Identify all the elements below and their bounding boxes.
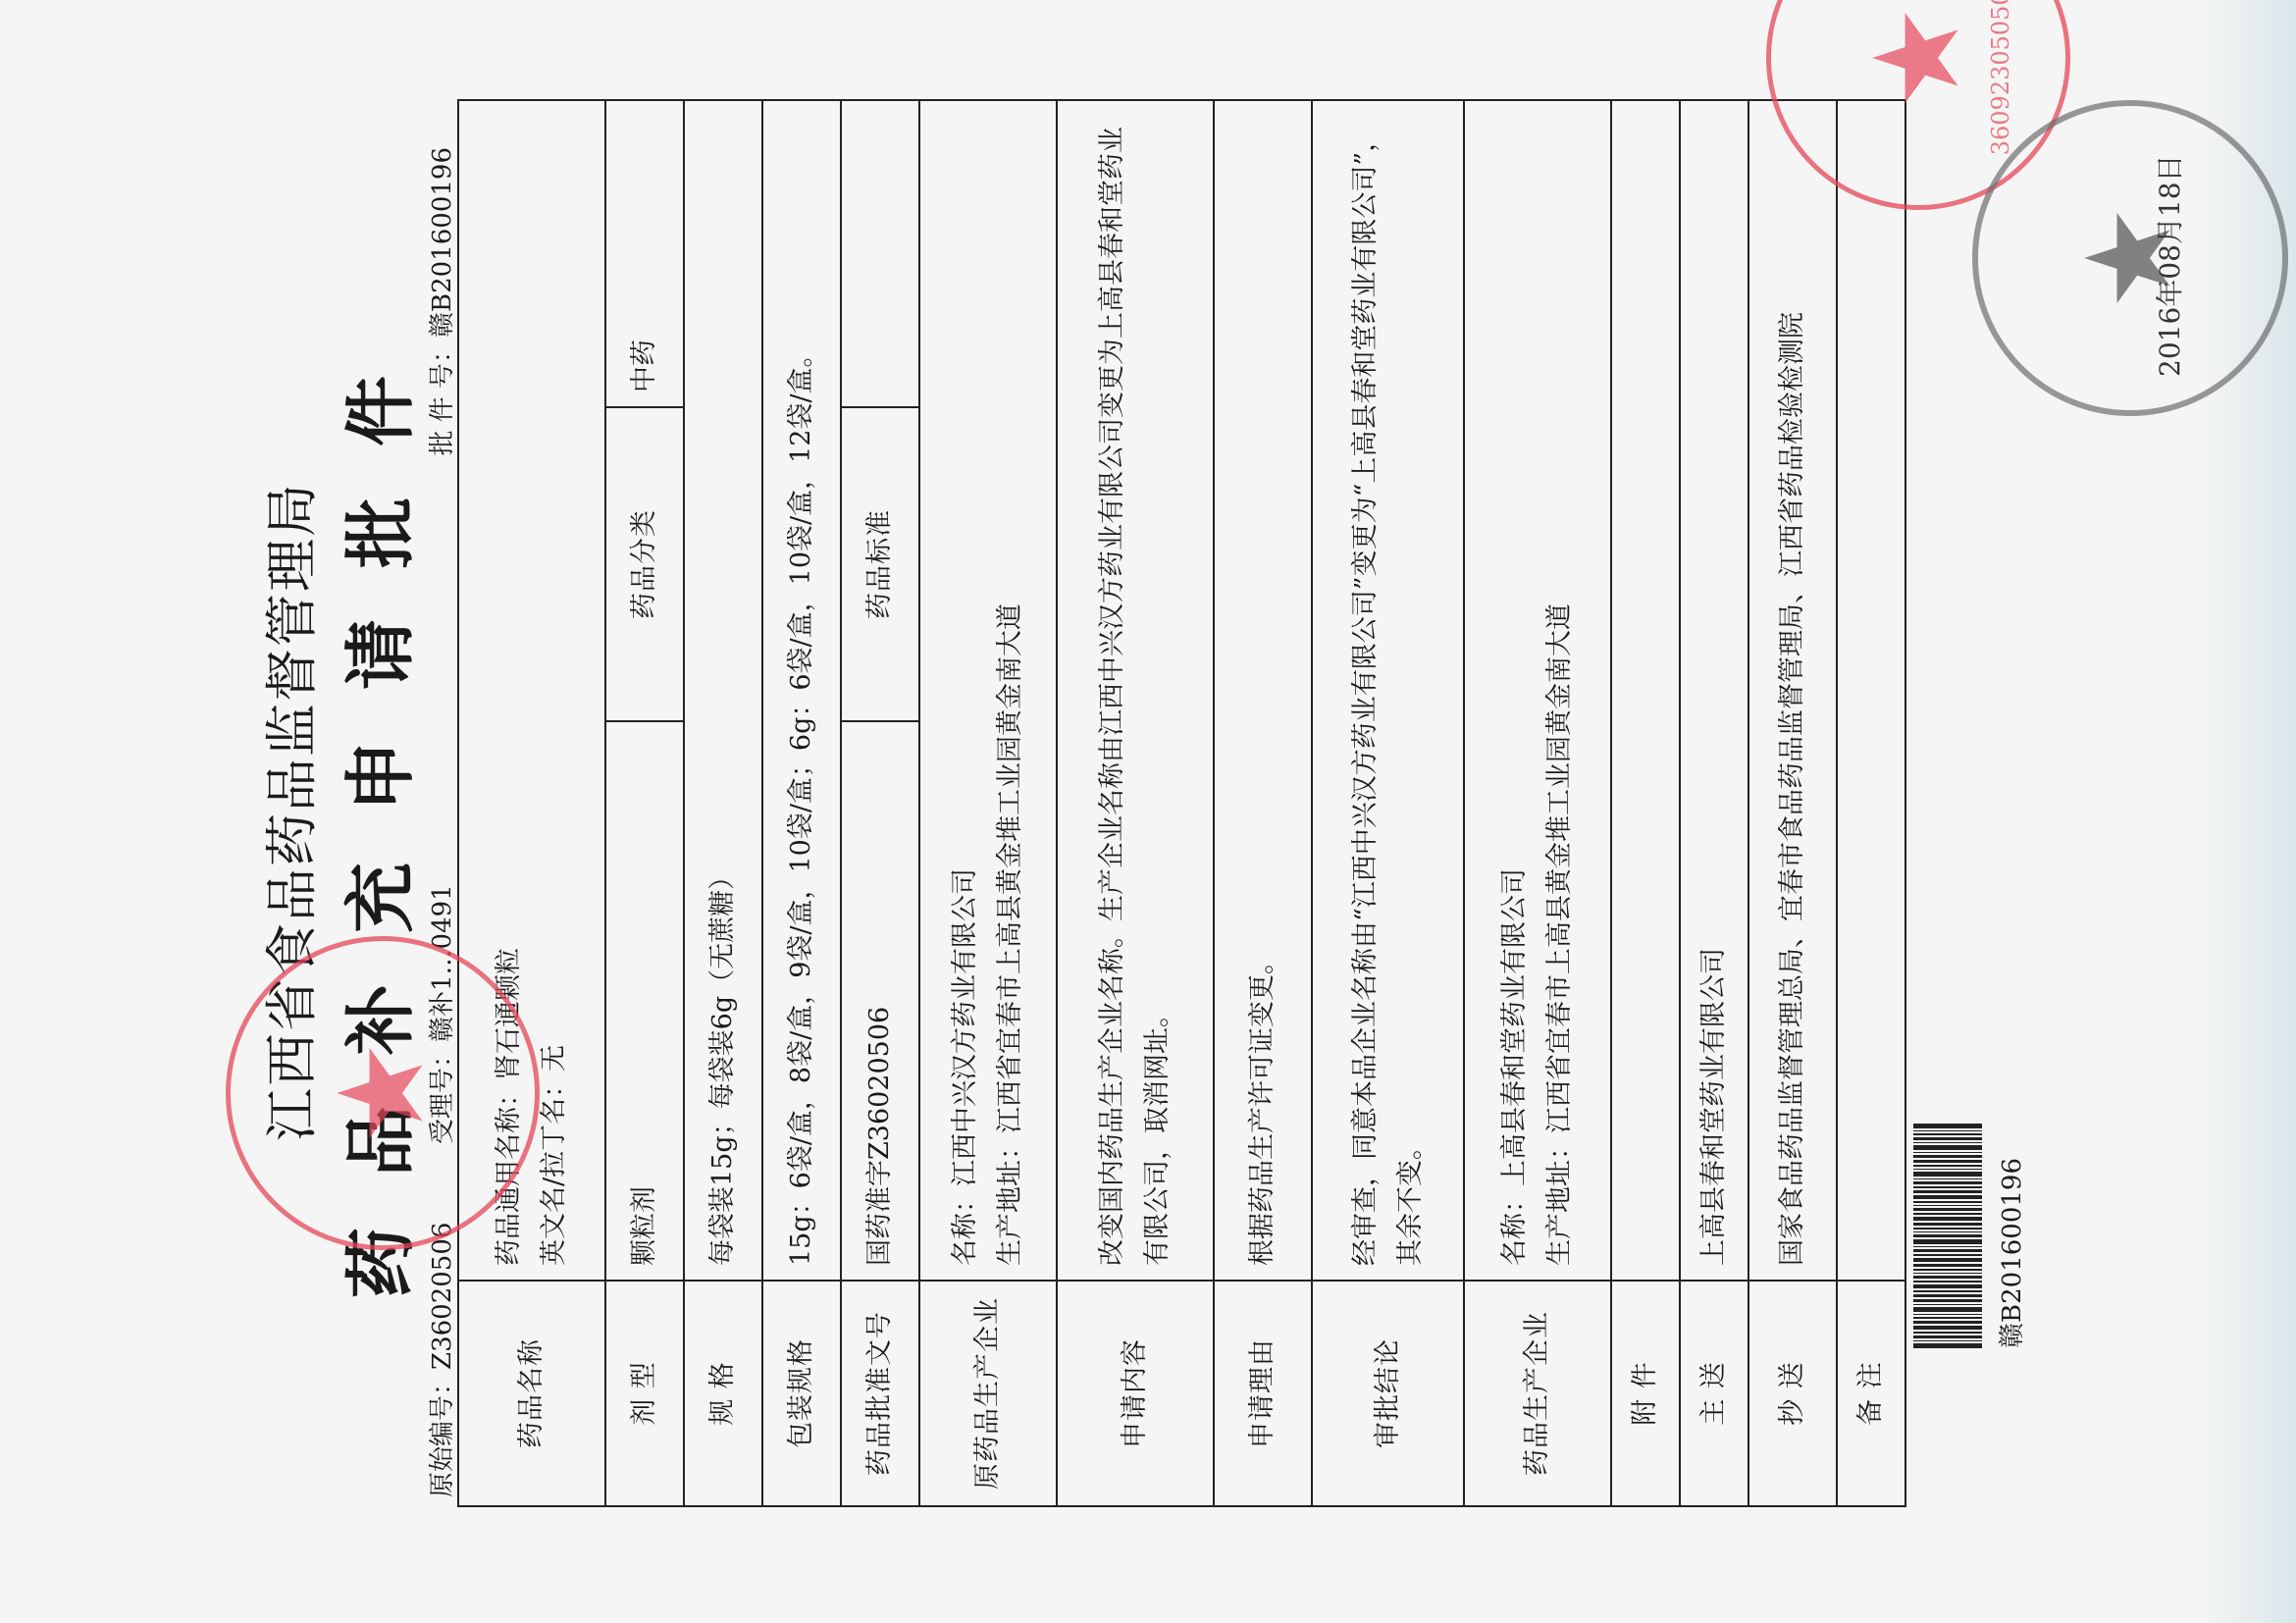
standard-value xyxy=(841,100,919,407)
main-recipient-value: 上高县春和堂药业有限公司 xyxy=(1680,100,1748,1281)
drug-name-value: 药品通用名称：肾石通颗粒 英文名/拉丁名：无 xyxy=(458,100,605,1281)
attachment-label: 附 件 xyxy=(1611,1281,1680,1506)
document-title: 药品补充申请批件 xyxy=(324,0,426,1623)
approval-doc-label: 药品批准文号 xyxy=(841,1281,919,1506)
drug-name-label: 药品名称 xyxy=(458,1281,605,1506)
star-icon: ★ xyxy=(1859,5,1977,111)
barcode-bar xyxy=(1913,1205,1982,1207)
application-reason-label: 申请理由 xyxy=(1214,1281,1312,1506)
category-value: 中药 xyxy=(605,100,684,407)
barcode-bar xyxy=(1913,1187,1982,1189)
barcode-bar xyxy=(1913,1125,1982,1129)
row-main-recipient: 主 送 上高县春和堂药业有限公司 xyxy=(1680,100,1748,1506)
application-content-value: 改变国内药品生产企业名称。生产企业名称由江西中兴汉方药业有限公司变更为上高县春和… xyxy=(1057,100,1214,1281)
barcode-bar xyxy=(1913,1130,1982,1132)
mfr-name: 名称：上高县春和堂药业有限公司 xyxy=(1492,115,1538,1266)
barcode xyxy=(1913,1123,1982,1349)
barcode-bar xyxy=(1913,1294,1982,1297)
mfr-label: 药品生产企业 xyxy=(1464,1281,1611,1506)
approval-form-table: 药品名称 药品通用名称：肾石通颗粒 英文名/拉丁名：无 剂 型 颗粒剂 药品分类… xyxy=(457,99,1906,1507)
barcode-bar xyxy=(1913,1137,1982,1140)
remarks-label: 备 注 xyxy=(1837,1281,1905,1506)
barcode-bar xyxy=(1913,1202,1982,1204)
mfr-address: 生产地址：江西省宜春市上高县黄金堆工业园黄金南大道 xyxy=(1538,115,1583,1266)
document-meta: 原始编号：Z36020506 受理号：赣补1…0491 批 件 号：赣B2016… xyxy=(422,147,458,1497)
row-drug-name: 药品名称 药品通用名称：肾石通颗粒 英文名/拉丁名：无 xyxy=(458,100,605,1506)
barcode-bar xyxy=(1913,1134,1982,1136)
barcode-bar xyxy=(1913,1304,1982,1306)
barcode-bar xyxy=(1913,1190,1982,1193)
barcode-bar xyxy=(1913,1142,1982,1144)
barcode-bar xyxy=(1913,1282,1982,1283)
row-remarks: 备 注 xyxy=(1837,100,1905,1506)
issuing-agency: 江西省食品药品监督管理局 xyxy=(250,0,326,1623)
category-label: 药品分类 xyxy=(605,407,684,721)
barcode-bar xyxy=(1913,1146,1982,1151)
barcode-bar xyxy=(1913,1195,1982,1200)
barcode-bar xyxy=(1913,1182,1982,1185)
row-application-content: 申请内容 改变国内药品生产企业名称。生产企业名称由江西中兴汉方药业有限公司变更为… xyxy=(1057,100,1214,1506)
barcode-bar xyxy=(1913,1273,1982,1275)
barcode-bar xyxy=(1913,1173,1982,1178)
barcode-bar xyxy=(1913,1258,1982,1263)
barcode-number: 赣B201600196 xyxy=(1992,1158,2028,1348)
barcode-bar xyxy=(1913,1344,1982,1349)
approval-doc-value: 国药准字Z36020506 xyxy=(841,721,919,1281)
row-dosage-form: 剂 型 颗粒剂 药品分类 中药 xyxy=(605,100,684,1506)
spec-value: 每袋装15g；每袋装6g（无蔗糖） xyxy=(684,100,762,1281)
row-spec: 规 格 每袋装15g；每袋装6g（无蔗糖） xyxy=(684,100,762,1506)
barcode-bar xyxy=(1913,1321,1982,1324)
barcode-bar xyxy=(1913,1299,1982,1302)
barcode-bar xyxy=(1913,1217,1982,1222)
conclusion-label: 审批结论 xyxy=(1312,1281,1464,1506)
barcode-bar xyxy=(1913,1255,1982,1257)
package-label: 包装规格 xyxy=(762,1281,841,1506)
remarks-value xyxy=(1837,100,1905,1281)
row-cc: 抄 送 国家食品药品监督管理总局、宜春市食品药品监督管理局、江西省药品检验检测院 xyxy=(1748,100,1837,1506)
approval-document: 江西省食品药品监督管理局 药品补充申请批件 原始编号：Z36020506 受理号… xyxy=(0,0,2296,1623)
row-original-manufacturer: 原药品生产企业 名称：江西中兴汉方药业有限公司 生产地址：江西省宜春市上高县黄金… xyxy=(919,100,1057,1506)
barcode-bar xyxy=(1913,1235,1982,1238)
barcode-bar xyxy=(1913,1166,1982,1168)
barcode-bar xyxy=(1913,1340,1982,1342)
application-reason-value: 根据药品生产许可证变更。 xyxy=(1214,100,1312,1281)
cc-value: 国家食品药品监督管理总局、宜春市食品药品监督管理局、江西省药品检验检测院 xyxy=(1748,100,1837,1281)
barcode-bar xyxy=(1913,1318,1982,1320)
barcode-bar xyxy=(1913,1270,1982,1272)
original-number: 原始编号：Z36020506 xyxy=(422,1144,458,1497)
dosage-form-value: 颗粒剂 xyxy=(605,721,684,1281)
dosage-form-label: 剂 型 xyxy=(605,1281,684,1506)
application-content-label: 申请内容 xyxy=(1057,1281,1214,1506)
row-manufacturer: 药品生产企业 名称：上高县春和堂药业有限公司 生产地址：江西省宜春市上高县黄金堆… xyxy=(1464,100,1611,1506)
barcode-bar xyxy=(1913,1314,1982,1316)
attachment-value xyxy=(1611,100,1680,1281)
english-name: 英文名/拉丁名：无 xyxy=(532,115,577,1266)
cc-label: 抄 送 xyxy=(1748,1281,1837,1506)
barcode-bar xyxy=(1913,1326,1982,1331)
spec-label: 规 格 xyxy=(684,1281,762,1506)
orig-mfr-label: 原药品生产企业 xyxy=(919,1281,1057,1506)
barcode-bar xyxy=(1913,1284,1982,1289)
orig-mfr-name: 名称：江西中兴汉方药业有限公司 xyxy=(943,115,988,1266)
barcode-bar xyxy=(1913,1277,1982,1280)
barcode-bar xyxy=(1913,1224,1982,1227)
barcode-bar xyxy=(1913,1209,1982,1212)
row-package: 包装规格 15g：6袋/盒，8袋/盒，9袋/盒，10袋/盒；6g：6袋/盒，10… xyxy=(762,100,841,1506)
mfr-value: 名称：上高县春和堂药业有限公司 生产地址：江西省宜春市上高县黄金堆工业园黄金南大… xyxy=(1464,100,1611,1281)
barcode-bar xyxy=(1913,1291,1982,1293)
orig-mfr-address: 生产地址：江西省宜春市上高县黄金堆工业园黄金南大道 xyxy=(988,115,1033,1266)
conclusion-value: 经审查，同意本品企业名称由“江西中兴汉方药业有限公司”变更为“上高县春和堂药业有… xyxy=(1312,100,1464,1281)
row-application-reason: 申请理由 根据药品生产许可证变更。 xyxy=(1214,100,1312,1506)
barcode-bar xyxy=(1913,1178,1982,1180)
barcode-bar xyxy=(1913,1240,1982,1245)
seal-number: 3609230505067 xyxy=(1987,0,2014,155)
barcode-bar xyxy=(1913,1246,1982,1248)
barcode-bar xyxy=(1913,1229,1982,1230)
barcode-bar xyxy=(1913,1214,1982,1216)
seal-date: 2016年08月18日 xyxy=(2149,154,2188,377)
barcode-bar xyxy=(1913,1161,1982,1164)
row-conclusion: 审批结论 经审查，同意本品企业名称由“江西中兴汉方药业有限公司”变更为“上高县春… xyxy=(1312,100,1464,1506)
row-approval-doc: 药品批准文号 国药准字Z36020506 药品标准 xyxy=(841,100,919,1506)
barcode-bar xyxy=(1913,1250,1982,1253)
package-value: 15g：6袋/盒，8袋/盒，9袋/盒，10袋/盒；6g：6袋/盒，10袋/盒，1… xyxy=(762,100,841,1281)
barcode-bar xyxy=(1913,1333,1982,1335)
approval-number: 批 件 号：赣B201600196 xyxy=(422,147,458,456)
row-attachment: 附 件 xyxy=(1611,100,1680,1506)
standard-label: 药品标准 xyxy=(841,407,919,721)
orig-mfr-value: 名称：江西中兴汉方药业有限公司 生产地址：江西省宜春市上高县黄金堆工业园黄金南大… xyxy=(919,100,1057,1281)
barcode-bar xyxy=(1913,1152,1982,1154)
acceptance-number: 受理号：赣补1…0491 xyxy=(422,456,458,1144)
barcode-bar xyxy=(1913,1231,1982,1233)
barcode-bar xyxy=(1913,1308,1982,1313)
barcode-bar xyxy=(1913,1156,1982,1159)
barcode-bar xyxy=(1913,1335,1982,1338)
common-name: 药品通用名称：肾石通颗粒 xyxy=(487,115,532,1266)
barcode-bar xyxy=(1913,1265,1982,1268)
agency-seal: ★ xyxy=(1972,100,2288,416)
main-recipient-label: 主 送 xyxy=(1680,1281,1748,1506)
barcode-bar xyxy=(1913,1169,1982,1171)
